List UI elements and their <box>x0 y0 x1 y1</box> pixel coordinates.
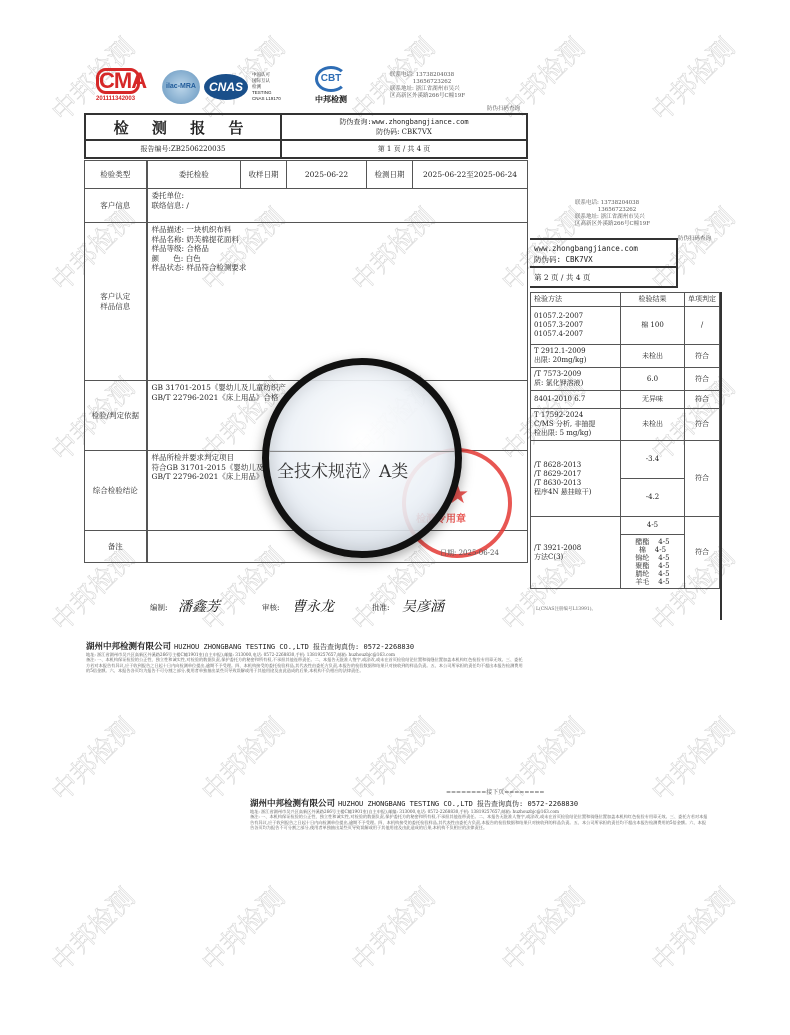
watermark-text: 中邦检测 <box>42 709 142 809</box>
cma-number: 201111342003 <box>96 96 148 102</box>
table-row: T 2912.1-2009 出限: 20mg/kg) 未检出 符合 <box>531 345 720 368</box>
cnas-logo: CNAS <box>204 74 248 100</box>
anti-fake-code: 防伪码: CBK7VX <box>376 127 432 137</box>
footer-notes: 备注: 一、本机构保证检验的公正性、独立性和诚实性,对检验的数据负责,保护委托方… <box>86 657 526 673</box>
conclusion-label: 综合检验结论 <box>85 451 147 531</box>
basis-label: 检验/判定依据 <box>85 381 147 451</box>
test-date-label: 检测日期 <box>367 161 413 189</box>
table-row: T 17592-2024 C/MS 分析, 非抽提 检出限: 5 mg/kg) … <box>531 409 720 441</box>
table-row: /T 3921-2008 方法C(3) 4-5 符合 <box>531 517 720 535</box>
watermark-text: 中邦检测 <box>642 879 742 979</box>
page2-anti-fake-query: www.zhongbangjiance.com <box>534 243 672 254</box>
watermark-text: 中邦检测 <box>342 879 442 979</box>
page2-results-table: 检验方法 检验结果 单项判定 01057.2-2007 01057.3-2007… <box>530 292 720 589</box>
seal-date: 日期: 2025-06-24 <box>440 548 499 558</box>
table-row: /T 8628-2013 /T 8629-2017 /T 8630-2013 程… <box>531 441 720 479</box>
test-date-value: 2025-06-22至2025-06-24 <box>413 161 528 189</box>
continued-marker: ========接下页======== <box>446 787 544 796</box>
cbt-logo: CBT 中邦检测 <box>306 66 356 108</box>
receive-date-label: 收样日期 <box>241 161 287 189</box>
remarks-label: 备注 <box>85 531 147 563</box>
cbt-company-name: 中邦检测 <box>306 94 356 105</box>
cma-logo: CMA 201111342003 <box>96 68 148 106</box>
ilac-mra-logo: ilac-MRA <box>162 70 200 104</box>
client-info-value: 委托单位: 联络信息: / <box>147 189 528 223</box>
report-header: 检 测 报 告 防伪查询:www.zhongbangjiance.com 防伪码… <box>84 113 528 159</box>
table-row: 8401-2010 6.7 无异味 符合 <box>531 391 720 409</box>
report-number: 报告编号:ZB2506220035 <box>141 144 226 154</box>
watermark-text: 中邦检测 <box>642 709 742 809</box>
review-signature: 曹永龙 <box>292 596 334 616</box>
scan-label: 防伪扫码查询 <box>487 104 520 112</box>
table-row: /T 7573-2009 质: 氯化钾溶液) 6.0 符合 <box>531 368 720 391</box>
compile-signature: 潘鑫芳 <box>178 596 220 616</box>
footer-page-2: 湖州中邦检测有限公司 HUZHOU ZHONGBANG TESTING CO.,… <box>250 797 710 831</box>
page2-contact-info: 联系电话: 13738204038 13656723262 联系地址: 浙江省湖… <box>575 200 650 228</box>
watermark-text: 中邦检测 <box>342 709 442 809</box>
receive-date-value: 2025-06-22 <box>287 161 367 189</box>
page2-note: L(CNAS注册编号L13991)。 <box>536 606 596 612</box>
contact-info: 联系电话: 13738204038 13656723262 联系地址: 浙江省湖… <box>390 72 465 100</box>
compile-label: 编制: <box>150 602 168 613</box>
page2-header-box: www.zhongbangjiance.com 防伪码: CBK7VX 第 2 … <box>530 238 678 288</box>
report-title: 检 测 报 告 <box>114 117 253 138</box>
column-header-verdict: 单项判定 <box>685 293 720 307</box>
sample-info-value: 样品描述: 一块机织布料 样品名称: 奶芙棉提花面料 样品等级: 合格品 颜 色… <box>147 223 528 381</box>
page2-page-number: 第 2 页 / 共 4 页 <box>530 268 676 286</box>
magnified-text: 全技术规范》A类 <box>277 457 408 482</box>
watermark-text: 中邦检测 <box>192 879 292 979</box>
cnas-text: 中国认可 国际互认 检测 TESTING CNAS L19170 <box>252 72 281 102</box>
watermark-text: 中邦检测 <box>492 879 592 979</box>
footer-page-1: 湖州中邦检测有限公司 HUZHOU ZHONGBANG TESTING CO.,… <box>86 640 526 674</box>
page-number: 第 1 页 / 共 4 页 <box>378 144 431 154</box>
footer-company-en: HUZHOU ZHONGBANG TESTING CO.,LTD 报告查询真伪:… <box>174 643 414 651</box>
approve-label: 批准: <box>372 602 390 613</box>
sample-info-label: 客户认定 样品信息 <box>85 223 147 381</box>
review-label: 审核: <box>262 602 280 613</box>
footer-company: 湖州中邦检测有限公司 <box>86 642 171 652</box>
page2-border <box>720 292 722 620</box>
page2-anti-fake-code: 防伪码: CBK7VX <box>534 254 672 265</box>
column-header-method: 检验方法 <box>531 293 621 307</box>
table-row: 01057.2-2007 01057.3-2007 01057.4-2007 棉… <box>531 307 720 345</box>
watermark-text: 中邦检测 <box>42 879 142 979</box>
watermark-text: 中邦检测 <box>192 709 292 809</box>
approve-signature: 吴彦涵 <box>402 596 444 616</box>
anti-fake-query: 防伪查询:www.zhongbangjiance.com <box>339 117 468 127</box>
column-header-result: 检验结果 <box>621 293 685 307</box>
inspection-type-label: 检验类型 <box>85 161 147 189</box>
page2-scan-label: 防伪扫码查询 <box>678 234 711 242</box>
client-info-label: 客户信息 <box>85 189 147 223</box>
inspection-type-value: 委托检验 <box>147 161 241 189</box>
watermark-text: 中邦检测 <box>642 29 742 129</box>
magnifier-lens: 全技术规范》A类 <box>262 358 462 558</box>
